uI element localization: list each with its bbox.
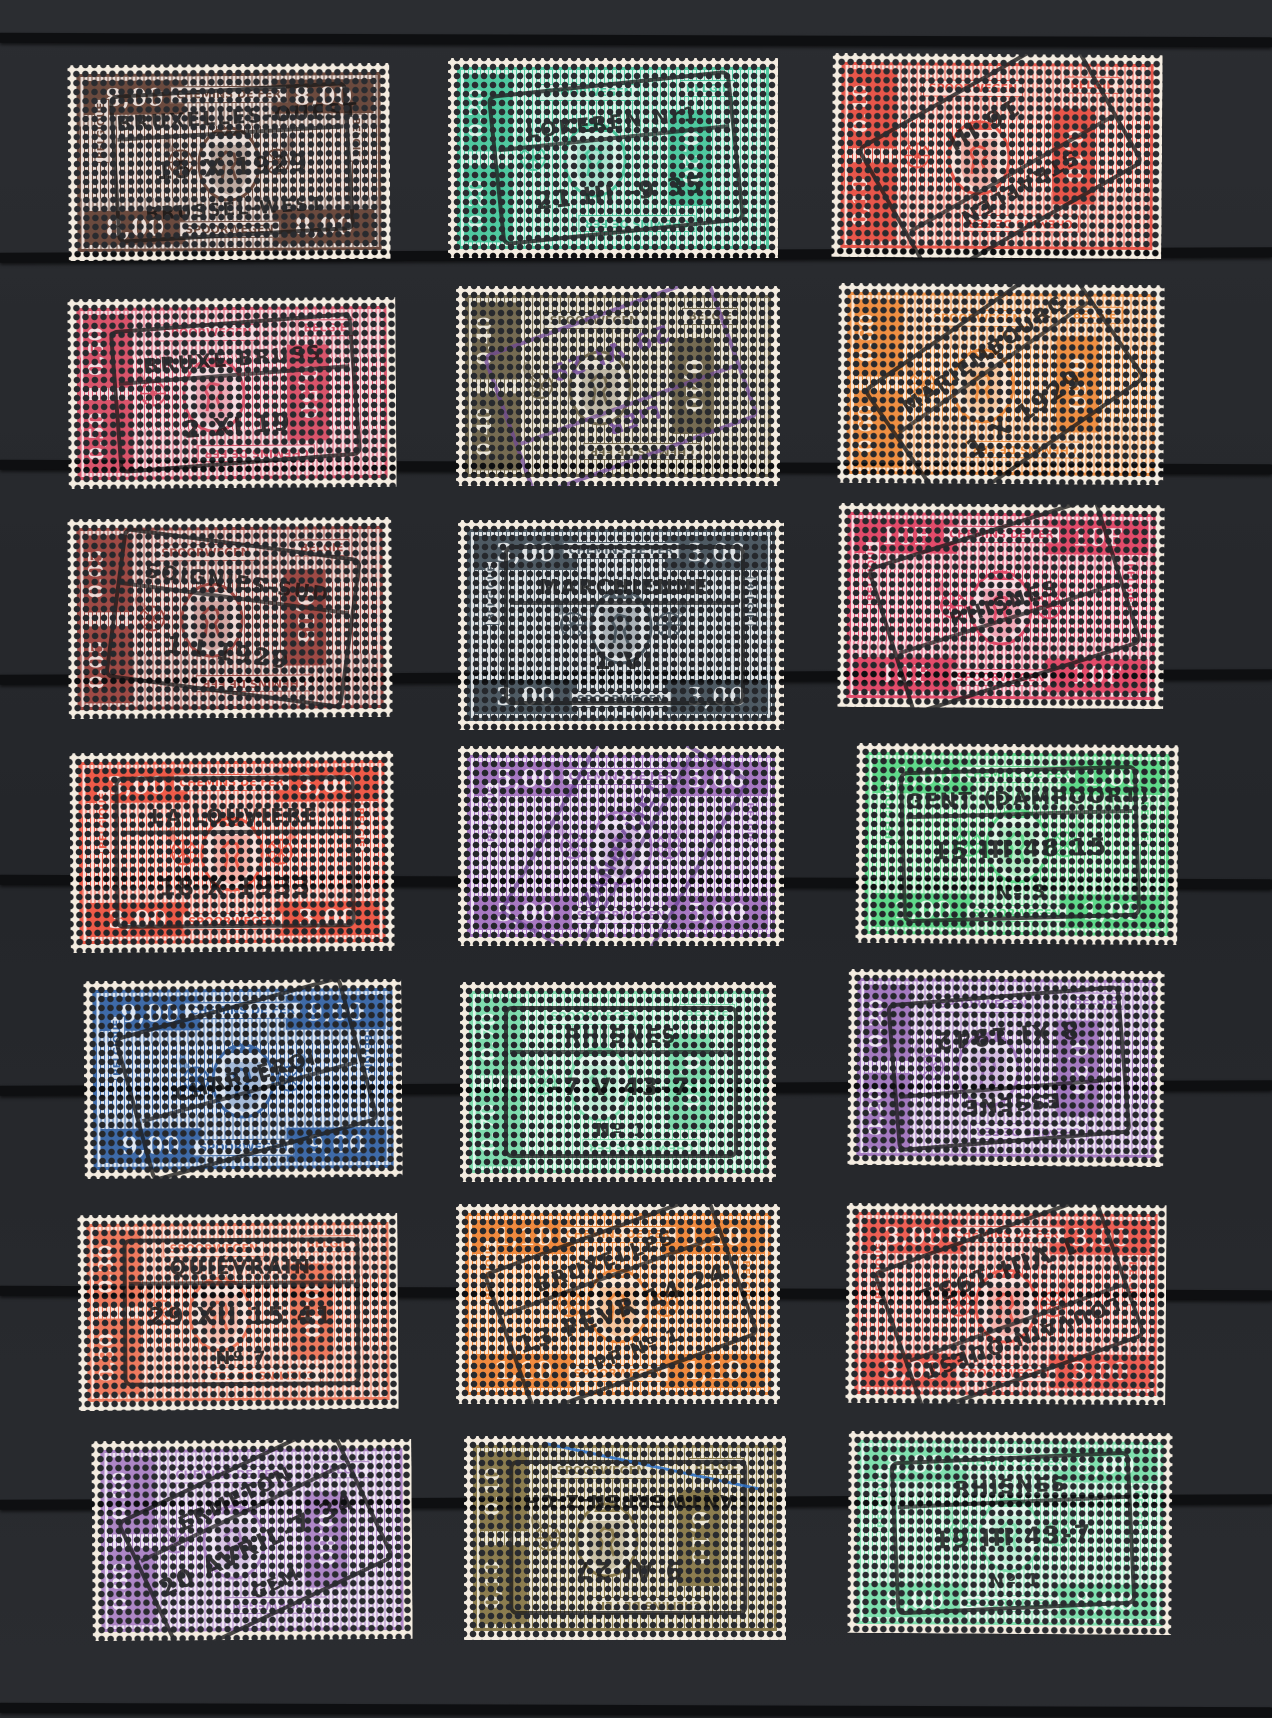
stamp-design: 0,30 0,30 0,30 0,30 0,30 SPOORWEGEN CHEM… [86,1222,389,1402]
winged-wheel-icon [524,1508,572,1568]
coat-of-arms-lion-icon [583,1264,653,1344]
banner-top: SPOORWEGEN [155,544,256,562]
value-tablet-center: 0,40 [672,338,714,434]
stamp-design: 0,20 0,20 0,20 0,20 0,20 SPOORWEGEN CHEM… [856,978,1155,1158]
country-label: BELGIE [1067,306,1123,323]
stamp-r1-c2[interactable]: 0,20 0,20 0,20 0,20 0,20 SPOORWEGEN CHEM… [448,58,778,258]
side-label-left: BELGIQUE [94,99,109,163]
value-tablet-top-left: 0,60 [854,299,903,377]
stamp-design: 3,00 3,00 3,00 3,00 3,00 CHEMINS DE FER … [78,760,385,944]
stamp-r7-c3[interactable]: 8,00 8,00 8,00 8,00 8,00 CHEMINS DE FER … [847,1431,1172,1635]
stamp-design: 0,50 0,50 0,50 0,50 0,50 SPOORWEGEN CHEM… [76,306,387,480]
banner-top: CHEMINS DE FER [173,774,290,792]
value-tablet-bottom-left: 0,30 [94,1319,142,1395]
value-tablet-bottom-left: 0,20 [863,1073,910,1149]
country-label: BELGIE [680,80,736,97]
value-tablet-bottom-right: 5,00 [665,896,768,930]
stamp-design: 1,00 1,00 1,00 1,00 1,00 CHEMINS DE FER … [864,752,1169,936]
winged-wheel-icon [128,363,176,423]
stamp-design: 0,70 0,70 0,70 0,70 0,70 SPOORWEGEN CHEM… [469,991,767,1173]
value-tablet-center: 0,10 [1053,108,1096,204]
side-label-left: BELGIQUE [483,1240,498,1304]
banner-bottom: SPOORWEGEN [571,691,672,708]
banner-top: SPOORWEGEN [923,79,1024,97]
value-tablet-bottom-left: 0,40 [472,393,520,470]
value-tablet-top-right: 3,00 [665,536,768,570]
banner-top: SPOORWEGEN [164,1240,265,1258]
coat-of-arms-lion-icon [185,1272,256,1352]
side-label-left: BELGIQUE [875,1468,890,1532]
value-tablet-bottom-left: 0,05 [84,625,133,703]
coat-of-arms-lion-icon [971,1264,1042,1344]
stamp-r3-c2[interactable]: 3,00 3,00 3,00 3,00 3,00 CHEMINS DE FER … [458,520,784,730]
side-label-right: BELGIE [1124,1257,1139,1305]
banner-bottom: CHEMINS DE FER [579,215,696,232]
value-tablet-top-right: 1,10 [662,1220,764,1254]
coat-of-arms-lion-icon [948,344,1019,424]
banner-top: CHEMINS DE FER [184,1002,301,1020]
banner-bottom: CHEMINS DE FER [198,444,315,462]
value-tablet-center: 0,05 [284,569,327,665]
stamp-design: 10F 10F 10F 10F 10F CHEMINS DE FER SPOOR… [846,512,1155,700]
value-tablet-center: 0,30 [290,1263,333,1359]
side-label-right: BELGIE [352,803,367,851]
banner-top: SPOORWEGEN [544,1008,645,1025]
banner-bottom: SPOORWEGEN [571,907,672,924]
stamp-design: 3,00 3,00 3,00 3,00 3,00 CHEMINS DE FER … [467,529,775,721]
side-label-left: BELGIQUE [485,782,500,846]
country-label: BELGIE [1064,76,1120,93]
banner-top: CHEMINS DE FER [563,542,680,559]
side-label-left: BELGIQUE [485,561,500,625]
stamp-design: 0,20 0,20 0,20 0,20 0,20 SPOORWEGEN CHEM… [457,67,769,249]
value-tablet-bottom-left: 1,10 [472,1354,574,1388]
value-tablet-top-right: 10F [1046,520,1149,555]
stamp-r2-c3[interactable]: 0,60 0,60 0,60 0,60 0,60 SPOORWEGEN CHEM… [837,283,1164,485]
value-tablet-bottom-left: 0,20 [464,165,513,242]
stamp-design: 0,10 0,10 0,10 0,10 0,10 SPOORWEGEN CHEM… [840,62,1153,250]
value-tablet-bottom-left: 5,00 [474,896,577,930]
banner-top: CHEMINS DE FER [948,1226,1065,1244]
coat-of-arms-lion-icon [572,1498,642,1578]
coat-of-arms-lion-icon [565,1042,635,1122]
value-tablet-top-left: 0,20 [864,985,911,1061]
value-tablet-bottom-left: 3,00 [861,1353,962,1388]
banner-top: SPOORWEGEN [927,309,1028,327]
value-tablet-bottom-left: 0,80 [108,1547,156,1625]
banner-bottom: SPOORWEGEN [193,1139,294,1157]
stamp-r1-c1[interactable]: 8,00 8,00 8,00 8,00 8,00 CHEMINS DE FER … [67,63,390,261]
stamp-design: 0,80 0,80 0,80 0,80 0,80 CHEMINS DE FER … [100,1448,403,1632]
country-label: BELGIE [294,539,350,556]
banner-top: CHEMINS DE FER [563,768,680,785]
value-tablet-bottom-left: 8,00 [863,1583,965,1618]
winged-wheel-icon [128,588,176,648]
coat-of-arms-lion-icon [982,804,1053,884]
value-tablet-top-right: 1,00 [1061,760,1163,795]
stamp-r5-c3[interactable]: 0,20 0,20 0,20 0,20 0,20 SPOORWEGEN CHEM… [847,969,1164,1167]
stamp-design: 8,00 8,00 8,00 8,00 8,00 CHEMINS DE FER … [856,1440,1163,1626]
banner-top: CHEMINS DE FER [943,526,1060,544]
winged-wheel-icon [509,128,557,188]
coat-of-arms-lion-icon [208,1039,279,1119]
value-tablet-top-left: 0,70 [476,998,523,1075]
stamp-design: 0,10 0,10 0,10 0,10 0,10 SPOORWEGEN CHEM… [473,1445,777,1631]
stamp-design: 0,60 0,60 0,60 0,60 0,60 SPOORWEGEN CHEM… [846,292,1155,476]
value-tablet-center: 0,70 [669,1034,711,1130]
banner-bottom: SPOORWEGEN [226,1596,327,1614]
value-tablet-top-left: 0,05 [83,535,132,613]
banner-bottom: CHEMINS DE FER [970,1123,1087,1141]
winged-wheel-icon [898,353,946,413]
banner-top: SPOORWEGEN [538,84,639,101]
value-tablet-top-right: 8,00 [1054,1448,1156,1483]
stamp-r3-c1[interactable]: 0,05 0,05 0,05 0,05 0,05 SPOORWEGEN CHEM… [67,517,392,719]
value-tablet-bottom-right: 3,00 [1049,1354,1150,1389]
stamp-r1-c3[interactable]: 0,10 0,10 0,10 0,10 0,10 SPOORWEGEN CHEM… [831,53,1162,259]
stamp-r4-c1[interactable]: 3,00 3,00 3,00 3,00 3,00 CHEMINS DE FER … [69,751,394,953]
side-label-right: BELGIE [1130,1486,1145,1534]
value-tablet-top-left: 0,10 [480,1452,528,1531]
side-label-right: BELGIE [743,577,758,625]
stamp-r5-c1[interactable]: 9,00 9,00 9,00 9,00 9,00 CHEMINS DE FER … [83,979,402,1179]
stamp-r4-c3[interactable]: 1,00 1,00 1,00 1,00 1,00 CHEMINS DE FER … [855,743,1178,945]
winged-wheel-icon [137,1282,185,1342]
banner-top: CHEMINS DE FER [959,766,1076,784]
coat-of-arms-lion-icon [178,353,249,433]
banner-bottom: SPOORWEGEN [950,669,1051,687]
banner-top: SPOORWEGEN [157,324,258,342]
stamp-design: 1,10 1,10 1,10 1,10 1,10 CHEMINS DE FER … [465,1213,771,1395]
value-tablet-bottom-right: 9,00 [286,1127,386,1162]
value-tablet-top-left: 0,30 [93,1231,141,1307]
banner-top: CHEMINS DE FER [170,86,287,104]
value-tablet-bottom-left: 1,00 [871,893,973,928]
stock-page-strip [0,1703,1272,1717]
value-tablet-center: 0,10 [678,1490,720,1586]
country-label: BELGIE [1068,992,1124,1009]
coat-of-arms-lion-icon [560,118,630,198]
side-label-right: BELGIE [1136,797,1151,845]
side-label-right: BELGIE [739,1256,754,1304]
value-tablet-center: 0,80 [304,1491,347,1587]
stamp-design: 5,00 5,00 5,00 5,00 5,00 CHEMINS DE FER … [467,755,775,937]
stamp-design: 0,05 0,05 0,05 0,05 0,05 SPOORWEGEN CHEM… [76,526,383,710]
value-tablet-top-right: 8,00 [272,79,374,114]
banner-bottom: CHEMINS DE FER [590,1597,707,1614]
stock-page-strip [0,33,1272,47]
banner-top: SPOORWEGEN [933,995,1034,1013]
coat-of-arms-lion-icon [966,566,1037,646]
coat-of-arms-lion-icon [565,346,635,426]
value-tablet-bottom-right: 8,00 [1053,1584,1155,1619]
stamp-r5-c2[interactable]: 0,70 0,70 0,70 0,70 0,70 SPOORWEGEN CHEM… [460,982,776,1182]
side-label-right: BELGIE [1122,559,1137,607]
coat-of-arms-lion-icon [975,1493,1046,1573]
banner-top: CHEMINS DE FER [560,1226,677,1243]
value-tablet-bottom-right: 1,00 [1060,894,1162,929]
stamp-r6-c2[interactable]: 1,10 1,10 1,10 1,10 1,10 CHEMINS DE FER … [456,1204,780,1404]
country-label: BELGIE [679,1004,735,1021]
banner-bottom: CHEMINS DE FER [966,441,1083,459]
winged-wheel-icon [516,356,564,416]
coat-of-arms-lion-icon [197,812,268,892]
value-tablet-bottom-right: 3,00 [276,901,378,936]
value-tablet-top-left: 0,20 [464,74,513,151]
value-tablet-bottom-right: 1,10 [662,1354,764,1388]
banner-bottom: CHEMINS DE FER [204,1366,321,1384]
stamp-r7-c1[interactable]: 0,80 0,80 0,80 0,80 0,80 CHEMINS DE FER … [91,1439,412,1641]
banner-bottom: CHEMINS DE FER [963,215,1080,233]
banner-bottom: SPOORWEGEN [179,221,280,239]
value-tablet-bottom-left: 3,00 [86,902,188,937]
value-tablet-bottom-left: 0,10 [847,162,897,242]
banner-bottom: SPOORWEGEN [568,1365,669,1382]
side-label-left: BELGIQUE [96,789,111,853]
value-tablet-bottom-left: 0,70 [476,1089,523,1166]
value-tablet-bottom-left: 9,00 [100,1128,200,1163]
value-tablet-bottom-left: 10F [853,657,956,692]
stamp-r6-c1[interactable]: 0,30 0,30 0,30 0,30 0,30 SPOORWEGEN CHEM… [77,1213,398,1411]
coat-of-arms-lion-icon [943,116,1014,196]
value-tablet-center: 0,60 [1055,336,1098,432]
side-label-left: BELGIQUE [883,779,898,843]
value-tablet-bottom-left: 3,00 [474,680,577,714]
banner-top: SPOORWEGEN [551,1462,652,1479]
coat-of-arms-lion-icon [586,585,656,665]
value-tablet-bottom-right: 3,00 [665,680,768,714]
value-tablet-top-right: 5,00 [665,762,768,796]
stamp-design: 0,40 0,40 0,40 0,40 0,40 SPOORWEGEN CHEM… [465,295,771,477]
value-tablet-center: 0,20 [1057,1020,1100,1116]
banner-bottom: SPOORWEGEN [966,905,1067,923]
coat-of-arms-lion-icon [194,122,265,202]
value-tablet-top-left: 0,80 [107,1457,155,1535]
value-tablet-center: 0,20 [669,110,711,206]
country-label: BELGIE [298,319,354,336]
coat-of-arms-lion-icon [953,1028,1024,1108]
stamp-r7-c2[interactable]: 0,10 0,10 0,10 0,10 0,10 SPOORWEGEN CHEM… [464,1436,786,1640]
value-tablet-center: 0,50 [287,344,330,440]
stamp-r4-c2[interactable]: 5,00 5,00 5,00 5,00 5,00 CHEMINS DE FER … [458,746,784,946]
value-tablet-bottom-right: 10F [1045,658,1148,693]
country-label: BELGIE [314,1461,370,1478]
value-tablet-top-left: 0,40 [472,302,520,379]
winged-wheel-icon [519,1052,567,1112]
value-tablet-bottom-left: 0,10 [480,1545,528,1624]
banner-top: CHEMINS DE FER [169,1466,286,1484]
side-label-right: BELGIE [348,113,363,161]
value-tablet-bottom-left: 0,60 [853,390,902,468]
value-tablet-bottom-left: 8,00 [84,210,186,245]
stamp-design: 8,00 8,00 8,00 8,00 8,00 CHEMINS DE FER … [76,72,381,252]
coat-of-arms-lion-icon [199,1500,270,1580]
country-label: BELGIE [300,1235,356,1252]
banner-top: SPOORWEGEN [544,312,645,329]
banner-bottom: CHEMINS DE FER [196,674,313,692]
banner-bottom: SPOORWEGEN [959,1595,1060,1613]
stamp-r6-c3[interactable]: 3,00 3,00 3,00 3,00 3,00 CHEMINS DE FER … [845,1203,1166,1405]
value-tablet-top-left: 0,50 [83,315,132,388]
coat-of-arms-lion-icon [177,578,248,658]
side-label-left: BELGIQUE [873,1239,888,1303]
coat-of-arms-lion-icon [586,806,656,886]
banner-bottom: SPOORWEGEN [182,913,283,931]
country-label: BELGIE [689,1458,745,1475]
winged-wheel-icon [893,125,941,185]
stamp-r2-c1[interactable]: 0,50 0,50 0,50 0,50 0,50 SPOORWEGEN CHEM… [67,297,396,489]
side-label-right: BELGIE [743,798,758,846]
winged-wheel-icon [151,1510,199,1570]
stamp-design: 3,00 3,00 3,00 3,00 3,00 CHEMINS DE FER … [854,1212,1157,1396]
stamp-r2-c2[interactable]: 0,40 0,40 0,40 0,40 0,40 SPOORWEGEN CHEM… [456,286,780,486]
banner-bottom: CHEMINS DE FER [584,443,701,460]
country-label: BELGIE [682,308,738,325]
stamp-r3-c3[interactable]: 10F 10F 10F 10F 10F CHEMINS DE FER SPOOR… [837,503,1164,709]
banner-top: CHEMINS DE FER [952,1454,1069,1472]
stamp-design: 9,00 9,00 9,00 9,00 9,00 CHEMINS DE FER … [92,988,393,1170]
side-label-left: BELGIQUE [110,1016,125,1080]
value-tablet-top-right: 3,00 [275,767,377,802]
value-tablet-top-left: 0,10 [848,69,898,149]
side-label-left: BELGIQUE [865,541,880,605]
side-label-right: BELGIE [360,1030,375,1078]
winged-wheel-icon [907,1037,955,1097]
value-tablet-bottom-right: 8,00 [273,209,375,244]
banner-bottom: SPOORWEGEN [955,1365,1056,1383]
value-tablet-bottom-left: 0,50 [84,400,133,473]
stock-page: 8,00 8,00 8,00 8,00 8,00 CHEMINS DE FER … [0,0,1272,1718]
banner-bottom: CHEMINS DE FER [583,1139,700,1156]
